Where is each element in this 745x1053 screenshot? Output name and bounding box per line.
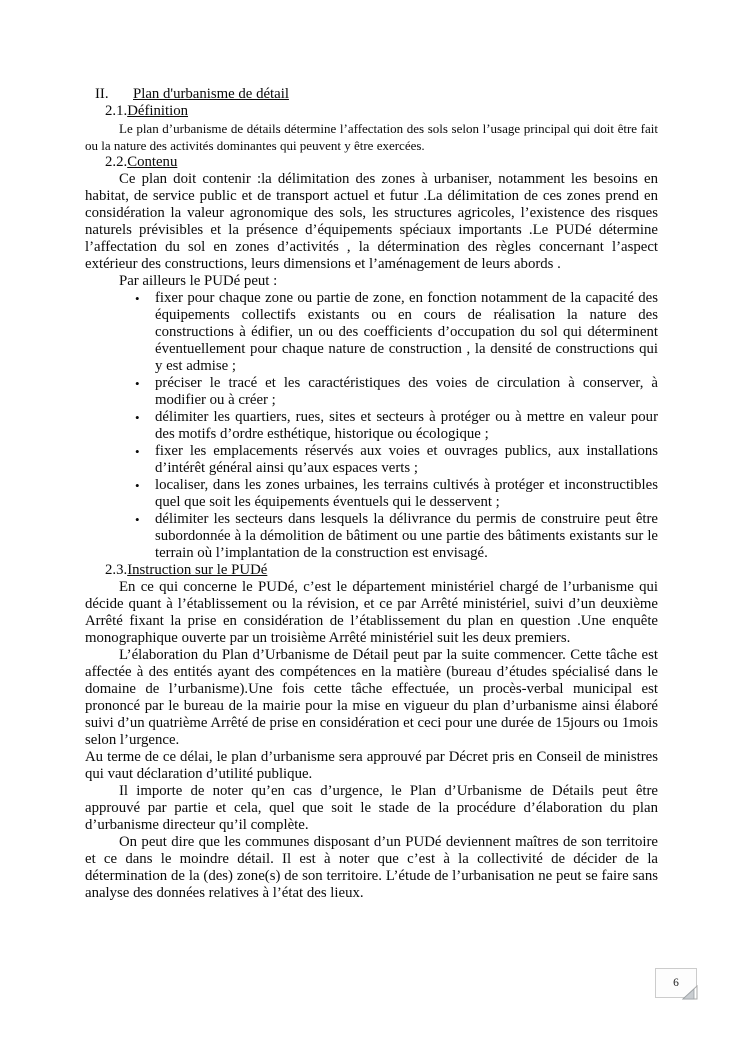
bullet-text: préciser le tracé et les caractéristique… <box>155 375 658 409</box>
bullet-text: fixer les emplacements réservés aux voie… <box>155 443 658 477</box>
bullet-list: • fixer pour chaque zone ou partie de zo… <box>85 290 658 562</box>
section-numeral: II. <box>95 86 133 103</box>
subsection-title: Instruction sur le PUDé <box>127 562 267 578</box>
page-number: 6 <box>673 977 679 989</box>
section-heading-ii: II.Plan d'urbanisme de détail <box>85 86 658 103</box>
document-body: II.Plan d'urbanisme de détail 2.1.Défini… <box>85 86 658 902</box>
bullet-icon: • <box>135 443 155 477</box>
subsection-heading-instruction: 2.3.Instruction sur le PUDé <box>105 562 658 579</box>
subsection-numeral: 2.2. <box>105 154 127 170</box>
paragraph-contenu: Ce plan doit contenir :la délimitation d… <box>85 171 658 273</box>
bullet-text: délimiter les secteurs dans lesquels la … <box>155 511 658 562</box>
paragraph-instruction-3: Au terme de ce délai, le plan d’urbanism… <box>85 749 658 783</box>
bullet-icon: • <box>135 290 155 375</box>
bullet-text: délimiter les quartiers, rues, sites et … <box>155 409 658 443</box>
bullet-item: • préciser le tracé et les caractéristiq… <box>135 375 658 409</box>
bullet-item: • délimiter les secteurs dans lesquels l… <box>135 511 658 562</box>
bullet-text: fixer pour chaque zone ou partie de zone… <box>155 290 658 375</box>
paragraph-instruction-2: L’élaboration du Plan d’Urbanisme de Dét… <box>85 647 658 749</box>
paragraph-instruction-5: On peut dire que les communes disposant … <box>85 834 658 902</box>
paragraph-instruction-1: En ce qui concerne le PUDé, c’est le dép… <box>85 579 658 647</box>
paragraph-bullets-intro: Par ailleurs le PUDé peut : <box>85 273 658 290</box>
page-number-badge: 6 <box>655 968 697 998</box>
subsection-title: Contenu <box>127 154 177 170</box>
bullet-icon: • <box>135 511 155 562</box>
bullet-icon: • <box>135 409 155 443</box>
subsection-numeral: 2.1. <box>105 103 127 119</box>
folded-corner-icon <box>682 985 698 1000</box>
bullet-item: • fixer les emplacements réservés aux vo… <box>135 443 658 477</box>
paragraph-instruction-4: Il importe de noter qu’en cas d’urgence,… <box>85 783 658 834</box>
subsection-heading-contenu: 2.2.Contenu <box>105 154 658 171</box>
section-title: Plan d'urbanisme de détail <box>133 86 289 102</box>
bullet-item: • fixer pour chaque zone ou partie de zo… <box>135 290 658 375</box>
bullet-item: • localiser, dans les zones urbaines, le… <box>135 477 658 511</box>
bullet-icon: • <box>135 477 155 511</box>
bullet-icon: • <box>135 375 155 409</box>
paragraph-definition: Le plan d’urbanisme de détails détermine… <box>85 120 658 154</box>
subsection-numeral: 2.3. <box>105 562 127 578</box>
document-page: II.Plan d'urbanisme de détail 2.1.Défini… <box>0 0 745 1053</box>
bullet-text: localiser, dans les zones urbaines, les … <box>155 477 658 511</box>
bullet-item: • délimiter les quartiers, rues, sites e… <box>135 409 658 443</box>
subsection-title: Définition <box>127 103 188 119</box>
subsection-heading-definition: 2.1.Définition <box>105 103 658 120</box>
